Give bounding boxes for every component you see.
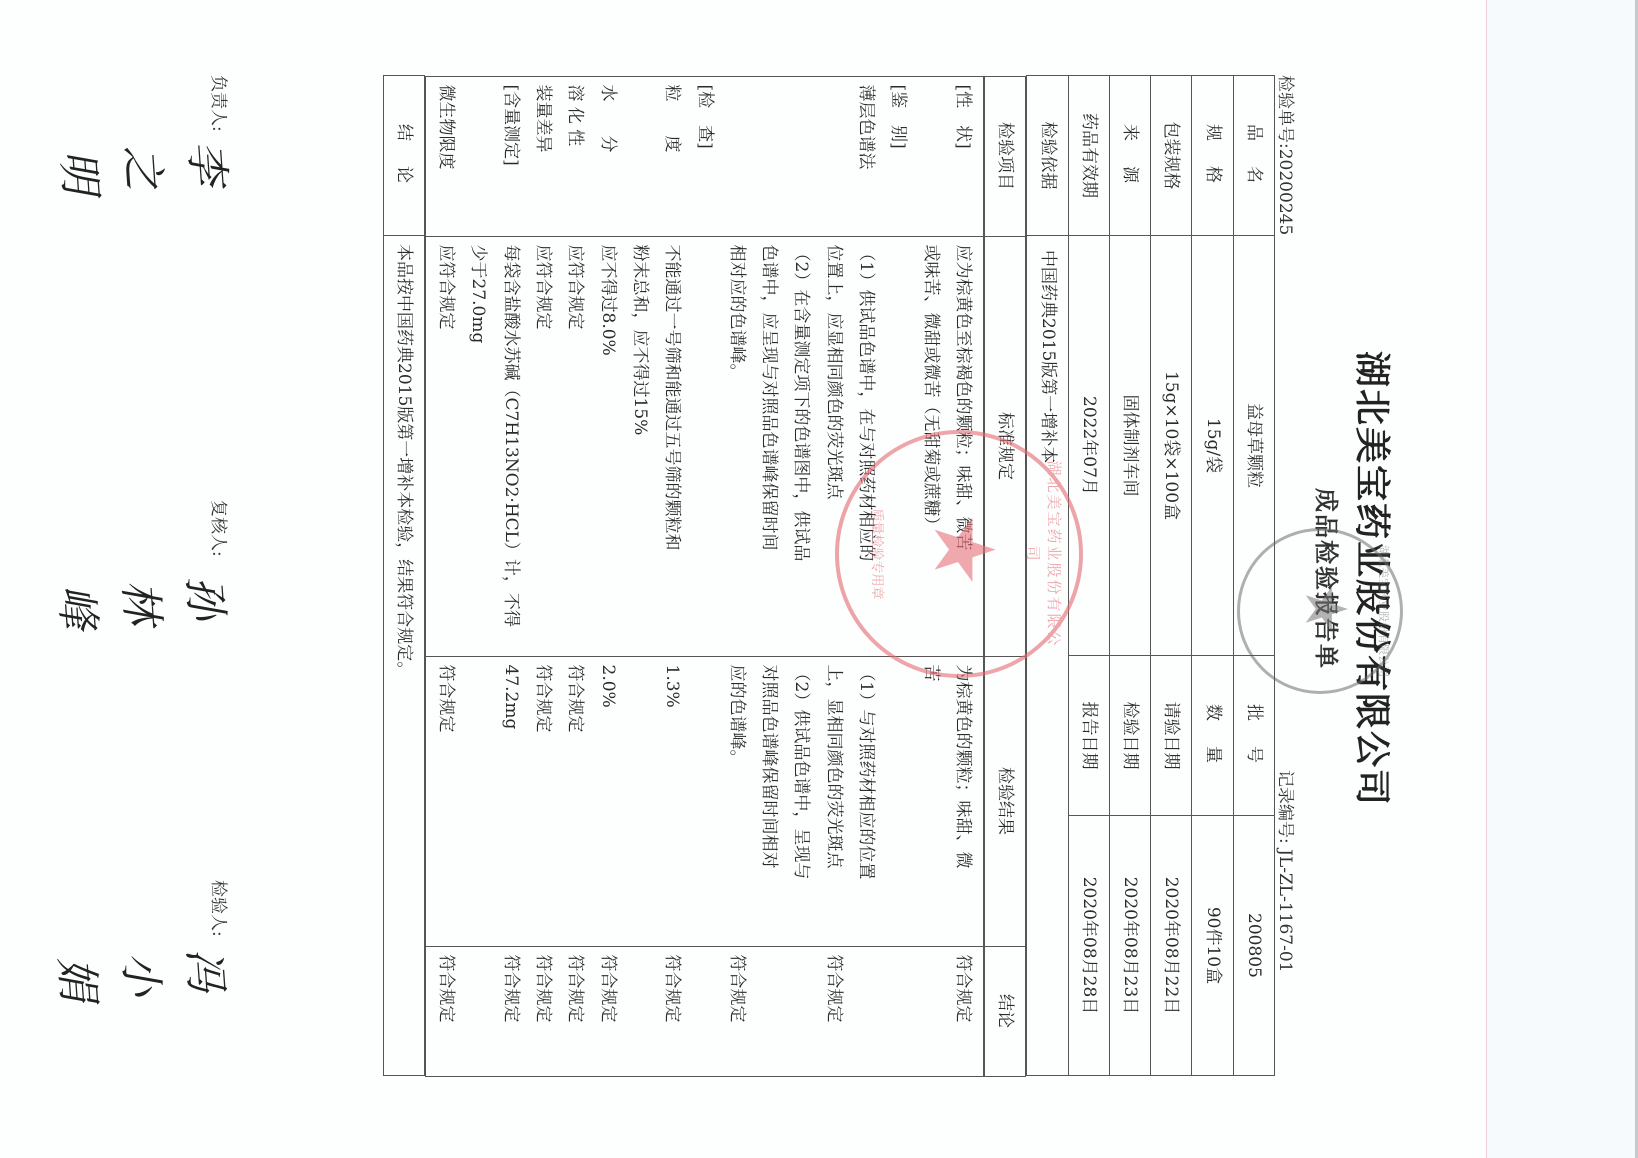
- conclusions-line: [850, 955, 882, 1068]
- inspection-report-document: 湖北美宝药业股份有限公司 成品检验报告单 检验单号:20200245 记录编号:…: [0, 0, 1638, 1158]
- conclusions-line: 符合规定: [817, 955, 849, 1068]
- standards-line: 不能通过一号筛和能通过五号筛的颗粒和: [656, 245, 688, 648]
- quantity: 90件10盒: [1192, 816, 1233, 1076]
- conclusions-line: 符合规定: [430, 955, 462, 1068]
- conclusions-line: 符合规定: [947, 955, 979, 1068]
- standards-line: （2）在含量测定项下的色谱图中，供试品: [785, 245, 817, 648]
- results-line: 上，显相同颜色的荧光斑点: [817, 665, 849, 938]
- responsible-label: 负责人:: [208, 75, 228, 132]
- label-product-name: 品 名: [1233, 76, 1274, 236]
- conclusions-line: [753, 955, 785, 1068]
- results-line: （2）供试品色谱中，呈现与: [785, 665, 817, 938]
- test-items-line: 粒 度: [656, 85, 688, 228]
- signature-reviewer: 复核人: 孙林峰: [208, 500, 233, 557]
- conclusions-line: 符合规定: [656, 955, 688, 1068]
- inspection-table: 品 名 益母草颗粒 批 号 200805 规 格 15g/袋 数 量 90件10…: [383, 75, 1275, 1076]
- test-items-line: 水 分: [591, 85, 623, 228]
- record-number-label: 记录编号:: [1275, 770, 1295, 844]
- label-expiry: 药品有效期: [1068, 76, 1109, 236]
- conclusions-column: 符合规定 符合规定 符合规定 符合规定 符合规定符合规定符合规定符合规定 符合规…: [425, 946, 983, 1076]
- red-seal-bottom: 质量检验专用章: [869, 474, 888, 634]
- inspector-signature: 冯小娟: [48, 945, 243, 1002]
- results-line: 1.3%: [656, 665, 688, 938]
- inspection-number: 检验单号:20200245: [1275, 75, 1300, 235]
- test-items-line: [含量测定]: [494, 85, 526, 228]
- conclusions-line: 符合规定: [721, 955, 753, 1068]
- batch-number: 200805: [1233, 816, 1274, 1076]
- label-request-date: 请验日期: [1151, 656, 1192, 816]
- conclusions-line: 符合规定: [527, 955, 559, 1068]
- standards-line: 应符合规定: [559, 245, 591, 648]
- label-batch: 批 号: [1233, 656, 1274, 816]
- label-packaging: 包装规格: [1151, 76, 1192, 236]
- star-icon: ★: [915, 512, 1013, 587]
- source: 固体制剂车间: [1109, 236, 1150, 656]
- test-items-line: 溶 化 性: [559, 85, 591, 228]
- results-line: 2.0%: [591, 665, 623, 938]
- conclusions-line: [624, 955, 656, 1068]
- quality-seal-red: 湖北美宝药业股份有限公司 ★ 质量检验专用章: [835, 430, 1083, 678]
- conclusions-line: [688, 955, 720, 1068]
- results-line: 符合规定: [559, 665, 591, 938]
- label-basis: 检验依据: [1027, 76, 1068, 236]
- conclusions-line: 符合规定: [559, 955, 591, 1068]
- test-items-line: 装量差异: [527, 85, 559, 228]
- label-conclusion: 结 论: [383, 76, 424, 236]
- conclusions-line: [785, 955, 817, 1068]
- standards-line: 粉末总和，应不得过15%: [624, 245, 656, 648]
- conclusions-line: [914, 955, 946, 1068]
- results-line: 符合规定: [527, 665, 559, 938]
- results-line: 为棕黄色的颗粒；味甜、微: [947, 665, 979, 938]
- conclusions-line: [462, 955, 494, 1068]
- scanned-page-frame: 湖北美宝药业股份有限公司 成品检验报告单 检验单号:20200245 记录编号:…: [0, 0, 1638, 1158]
- results-line: （1）与对照药材相应的位置: [850, 665, 882, 938]
- test-items-line: [785, 85, 817, 228]
- label-test-date: 检验日期: [1109, 656, 1150, 816]
- signature-responsible: 负责人: 李之明: [208, 75, 233, 132]
- test-items-line: [性 状]: [947, 85, 979, 228]
- red-seal-text: 湖北美宝药业股份有限公司: [1023, 454, 1065, 654]
- standards-line: [688, 245, 720, 648]
- conclusions-line: [882, 955, 914, 1068]
- results-column: 为棕黄色的颗粒；味甜、微苦 （1）与对照药材相应的位置上，显相同颜色的荧光斑点（…: [425, 656, 983, 946]
- test-items-line: [721, 85, 753, 228]
- test-items-line: [624, 85, 656, 228]
- test-items-line: [817, 85, 849, 228]
- packaging: 15g×10袋×100盒: [1151, 236, 1192, 656]
- test-items-line: 薄层色谱法: [850, 85, 882, 228]
- test-items-line: [鉴 别]: [882, 85, 914, 228]
- label-spec: 规 格: [1192, 76, 1233, 236]
- header-test-item: 检验项目: [984, 76, 1025, 236]
- test-items-line: [914, 85, 946, 228]
- label-report-date: 报告日期: [1068, 656, 1109, 816]
- results-line: 符合规定: [430, 665, 462, 938]
- conclusions-line: 符合规定: [591, 955, 623, 1068]
- results-line: 苦: [914, 665, 946, 938]
- results-line: 对照品色谱峰保留时间相对: [753, 665, 785, 938]
- results-line: [882, 665, 914, 938]
- label-quantity: 数 量: [1192, 656, 1233, 816]
- inspection-number-value: 20200245: [1275, 149, 1295, 236]
- standards-line: 相对应的色谱峰。: [721, 245, 753, 648]
- results-line: [688, 665, 720, 938]
- header-result: 检验结果: [984, 656, 1025, 946]
- conclusion-text: 本品按中国药典2015版第一增补本检验，结果符合规定。: [383, 236, 424, 1076]
- reviewer-label: 复核人:: [208, 500, 228, 557]
- inspection-number-label: 检验单号:: [1275, 75, 1295, 149]
- record-number: 记录编号: JL-ZL-1167-01: [1275, 770, 1300, 972]
- star-icon: ★: [1292, 583, 1360, 635]
- test-items-line: 微生物限度: [430, 85, 462, 228]
- reviewer-signature: 孙林峰: [48, 573, 243, 630]
- standards-line: 少于27.0mg: [462, 245, 494, 648]
- product-name: 益母草颗粒: [1233, 236, 1274, 656]
- standards-line: 每袋含盐酸水苏碱（C7H13NO2·HCL）计，不得: [494, 245, 526, 648]
- conclusions-line: 符合规定: [494, 955, 526, 1068]
- responsible-signature: 李之明: [50, 138, 245, 195]
- standards-line: 应符合规定: [430, 245, 462, 648]
- label-source: 来 源: [1109, 76, 1150, 236]
- test-items-line: [753, 85, 785, 228]
- test-basis: 中国药典2015版第一增补本: [1027, 236, 1068, 1076]
- test-date: 2020年08月23日: [1109, 816, 1150, 1076]
- standards-line: 应不得过8.0%: [591, 245, 623, 648]
- results-line: 47.2mg: [494, 665, 526, 938]
- report-date: 2020年08月28日: [1068, 816, 1109, 1076]
- seal-text: 湖北美宝药业股份有限公司: [1376, 541, 1392, 681]
- test-items-line: [462, 85, 494, 228]
- spec: 15g/袋: [1192, 236, 1233, 656]
- inspector-label: 检验人:: [208, 880, 228, 937]
- results-line: [462, 665, 494, 938]
- results-line: 应的色谱峰。: [721, 665, 753, 938]
- results-line: [624, 665, 656, 938]
- standards-line: 应符合规定: [527, 245, 559, 648]
- test-items-column: [性 状] [鉴 别]薄层色谱法 [检 查]粒 度 水 分溶 化 性装量差异[含…: [425, 76, 983, 236]
- signature-inspector: 检验人: 冯小娟: [208, 880, 233, 937]
- standards-line: 色谱中，应呈现与对照品色谱峰保留时间: [753, 245, 785, 648]
- header-conclusion: 结论: [984, 946, 1025, 1076]
- record-number-value: JL-ZL-1167-01: [1275, 849, 1295, 972]
- test-items-line: [检 查]: [688, 85, 720, 228]
- request-date: 2020年08月22日: [1151, 816, 1192, 1076]
